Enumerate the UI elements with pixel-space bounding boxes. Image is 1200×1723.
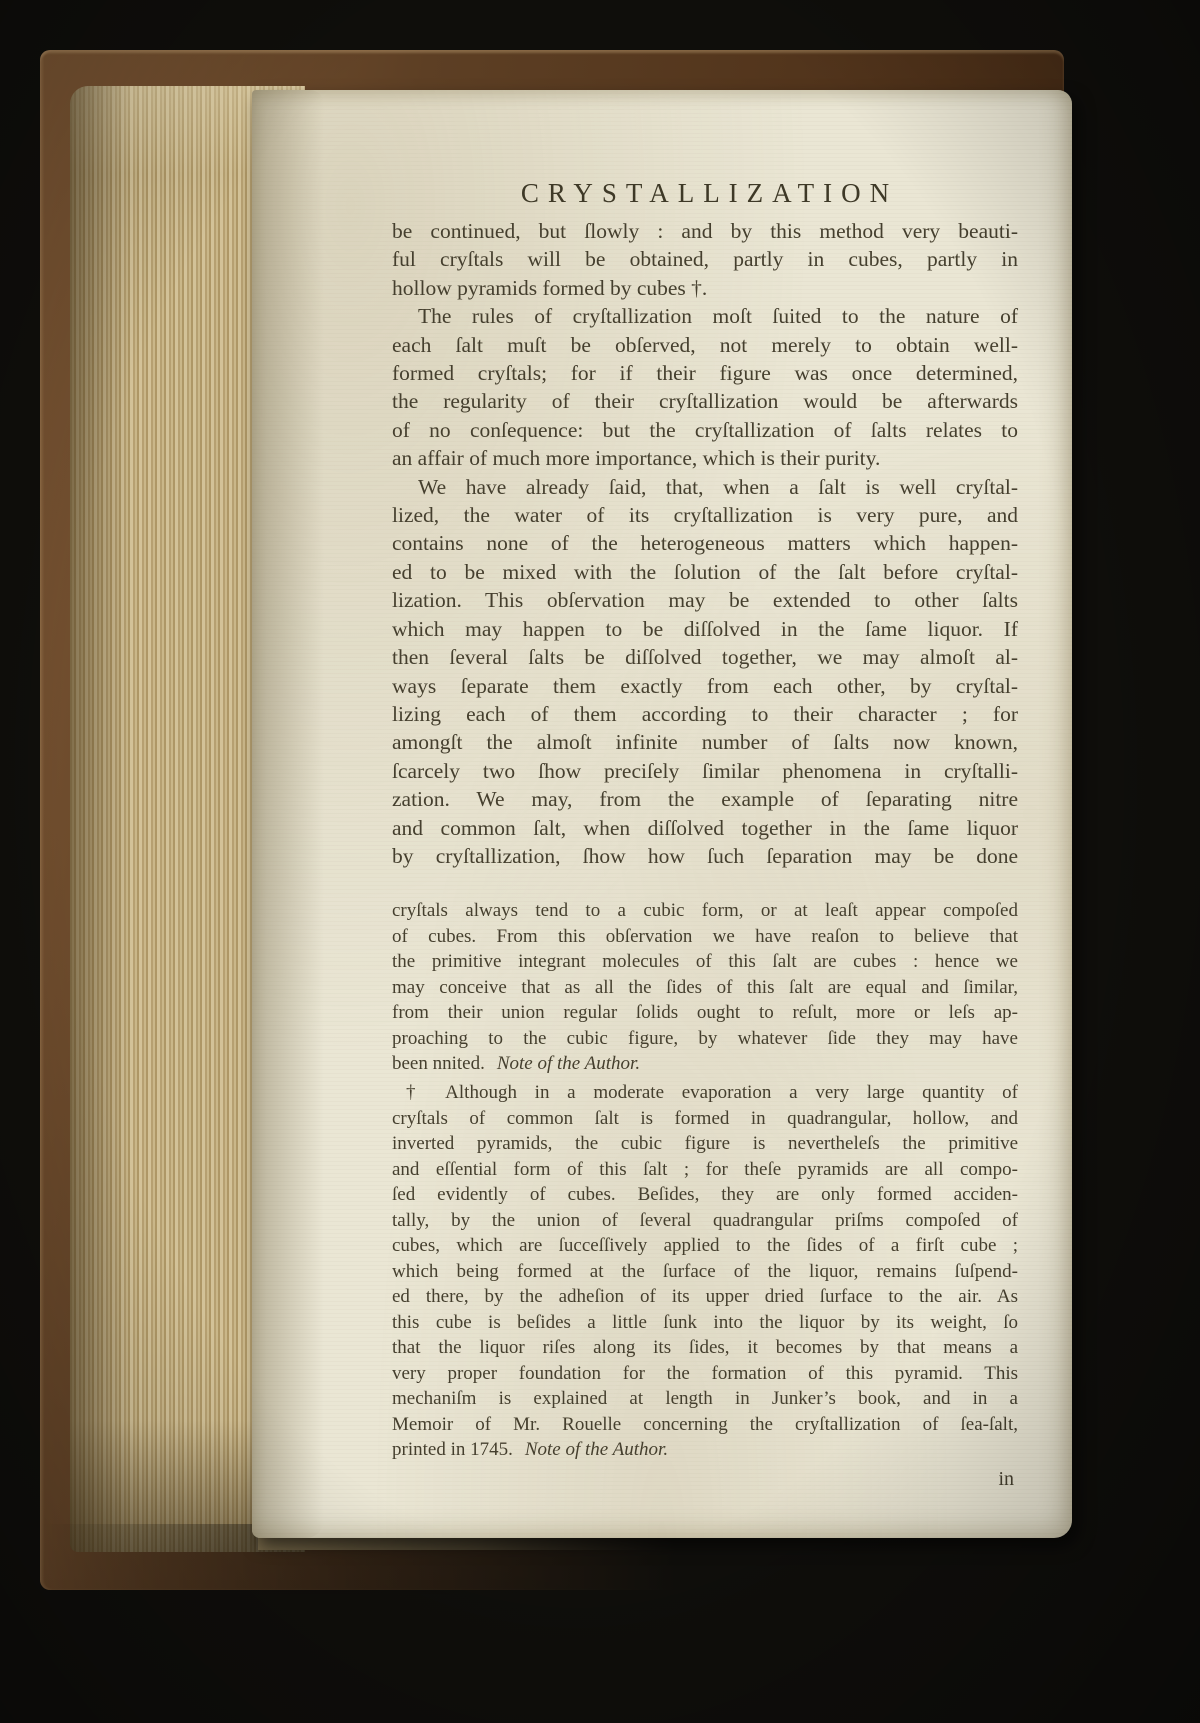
footnote-line: which being formed at the ſurface of the… xyxy=(392,1259,1018,1285)
paragraph-continuation: be continued, but ſlowly : and by this m… xyxy=(392,217,1018,302)
footnote-line: been nnited.Note of the Author. xyxy=(392,1051,1018,1077)
page-heading: CRYSTALLIZATION xyxy=(392,178,1018,209)
text-line: formed cryſtals; for if their figure was… xyxy=(392,359,1018,387)
text-line: then ſeveral ſalts be diſſolved together… xyxy=(392,643,1018,671)
footnote-line: proaching to the cubic figure, by whatev… xyxy=(392,1026,1018,1052)
text-line: be continued, but ſlowly : and by this m… xyxy=(392,217,1018,245)
footnote-line: † Although in a moderate evaporation a v… xyxy=(392,1080,1018,1106)
text-line: amongſt the almoſt infinite number of ſa… xyxy=(392,728,1018,756)
body-text: be continued, but ſlowly : and by this m… xyxy=(392,217,1018,870)
footnote-line: the primitive integrant molecules of thi… xyxy=(392,949,1018,975)
text-line: and common ſalt, when diſſolved together… xyxy=(392,814,1018,842)
footnote-line: ed there, by the adheſion of its upper d… xyxy=(392,1284,1018,1310)
paragraph: The rules of cryſtallization moſt ſuited… xyxy=(392,302,1018,472)
text-line: which may happen to be diſſolved in the … xyxy=(392,615,1018,643)
text-line: ed to be mixed with the ſolution of the … xyxy=(392,558,1018,586)
text-line: each ſalt muſt be obſerved, not merely t… xyxy=(392,331,1018,359)
footnote-line: mechaniſm is explained at length in Junk… xyxy=(392,1386,1018,1412)
text-line: by cryſtallization, ſhow how ſuch ſepara… xyxy=(392,842,1018,870)
footnote-line: may conceive that as all the ſides of th… xyxy=(392,975,1018,1001)
footnote-line: this cube is beſides a little ſunk into … xyxy=(392,1310,1018,1336)
text-line: an affair of much more importance, which… xyxy=(392,444,1018,472)
text-line: zation. We may, from the example of ſepa… xyxy=(392,785,1018,813)
text-line: hollow pyramids formed by cubes †. xyxy=(392,274,1018,302)
footnote-line: inverted pyramids, the cubic figure is n… xyxy=(392,1131,1018,1157)
text-line: lizing each of them according to their c… xyxy=(392,700,1018,728)
footnote-line: very proper foundation for the formation… xyxy=(392,1361,1018,1387)
footnote-line: tally, by the union of ſeveral quadrangu… xyxy=(392,1208,1018,1234)
text-line: ways ſeparate them exactly from each oth… xyxy=(392,672,1018,700)
text-line: lized, the water of its cryſtallization … xyxy=(392,501,1018,529)
text-line: the regularity of their cryſtallization … xyxy=(392,387,1018,415)
footnote-line: ſed evidently of cubes. Beſides, they ar… xyxy=(392,1182,1018,1208)
footnote-line: printed in 1745.Note of the Author. xyxy=(392,1437,1018,1463)
footnote-end-text: printed in 1745. xyxy=(392,1439,513,1460)
footnote-line: Memoir of Mr. Rouelle concerning the cry… xyxy=(392,1412,1018,1438)
footnote-author-note: Note of the Author. xyxy=(497,1053,640,1074)
footnote-line: cryſtals of common ſalt is formed in qua… xyxy=(392,1106,1018,1132)
text-line: ful cryſtals will be obtained, partly in… xyxy=(392,245,1018,273)
photo-scene: CRYSTALLIZATION be continued, but ſlowly… xyxy=(0,0,1200,1723)
catchword: in xyxy=(998,1468,1014,1491)
text-line: lization. This obſervation may be extend… xyxy=(392,586,1018,614)
footnote-author-note: Note of the Author. xyxy=(525,1439,668,1460)
footnote-line: cubes, which are ſucceſſively applied to… xyxy=(392,1233,1018,1259)
footnote-line: and eſſential form of this ſalt ; for th… xyxy=(392,1157,1018,1183)
footnote-author-2: † Although in a moderate evaporation a v… xyxy=(392,1080,1018,1463)
text-line: We have already ſaid, that, when a ſalt … xyxy=(392,473,1018,501)
text-line: contains none of the heterogeneous matte… xyxy=(392,529,1018,557)
footnote-author-1: cryſtals always tend to a cubic form, or… xyxy=(392,898,1018,1077)
footnote-line: cryſtals always tend to a cubic form, or… xyxy=(392,898,1018,924)
text-line: of no conſequence: but the cryſtallizati… xyxy=(392,416,1018,444)
text-line: The rules of cryſtallization moſt ſuited… xyxy=(392,302,1018,330)
book-page: CRYSTALLIZATION be continued, but ſlowly… xyxy=(252,90,1072,1538)
paragraph: We have already ſaid, that, when a ſalt … xyxy=(392,473,1018,871)
footnote-end-text: been nnited. xyxy=(392,1053,485,1074)
footnote-line: of cubes. From this obſervation we have … xyxy=(392,924,1018,950)
footnote-line: that the liquor riſes along its ſides, i… xyxy=(392,1335,1018,1361)
footnote-line: from their union regular ſolids ought to… xyxy=(392,1000,1018,1026)
text-line: ſcarcely two ſhow preciſely ſimilar phen… xyxy=(392,757,1018,785)
